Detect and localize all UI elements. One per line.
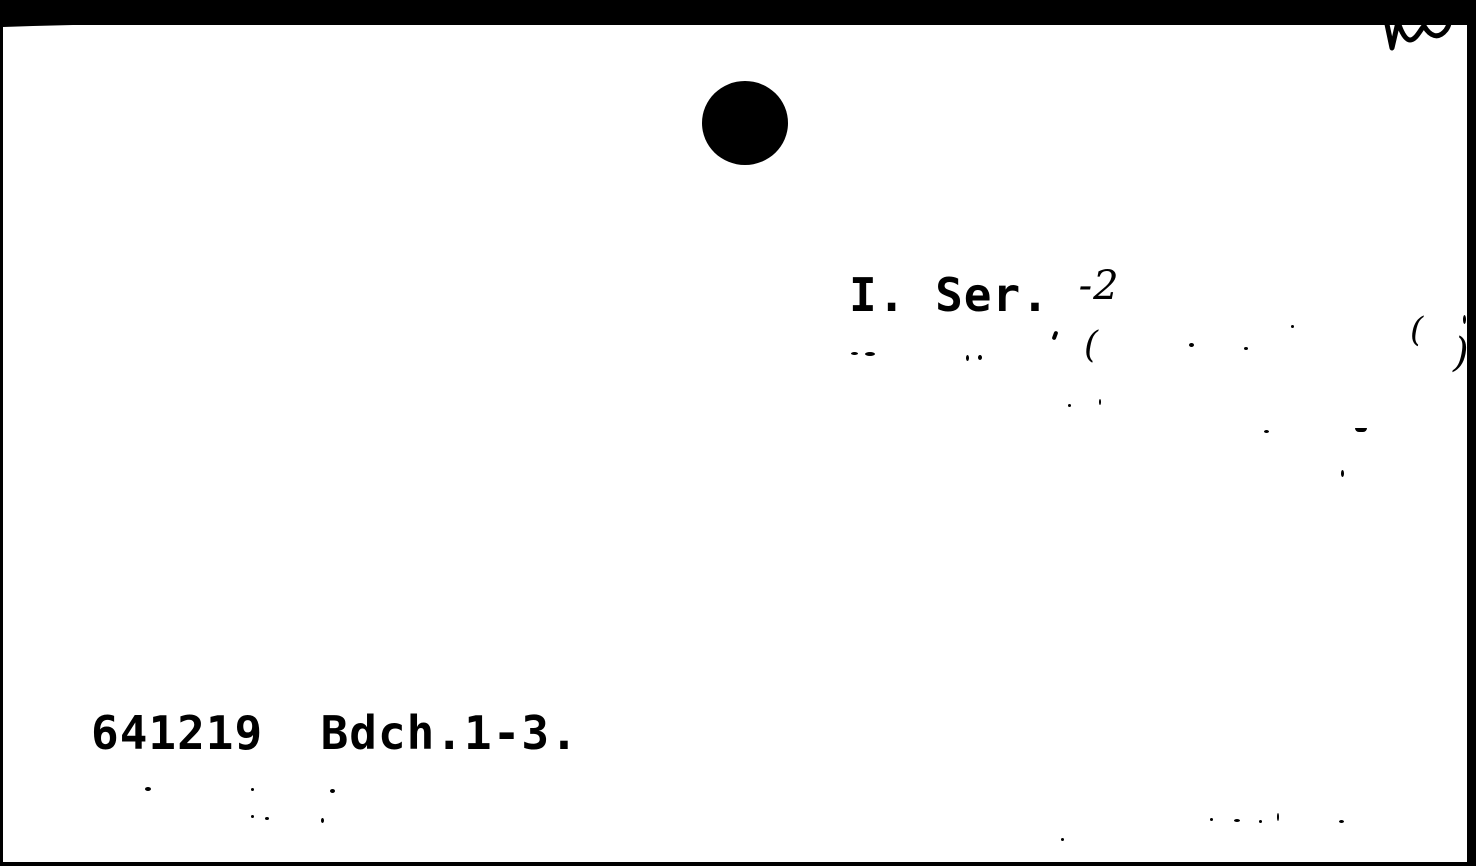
speck <box>1189 343 1194 347</box>
speck <box>330 789 335 793</box>
series-handwritten-number: -2 <box>1079 263 1120 309</box>
speck <box>851 352 858 355</box>
speck <box>978 355 982 360</box>
speck <box>251 788 254 791</box>
volume-range: Bdch.1-3. <box>321 706 579 760</box>
speck <box>1052 331 1059 341</box>
speck <box>1099 399 1101 405</box>
handwritten-corner-mark <box>1376 0 1456 60</box>
speck <box>1355 428 1367 432</box>
speck <box>865 352 875 356</box>
speck <box>1264 430 1269 433</box>
speck <box>1277 813 1279 821</box>
speck <box>1291 325 1294 328</box>
speck <box>966 355 969 361</box>
handwritten-paren-mark: ( <box>1410 310 1423 350</box>
call-number-line: 641219 Bdch.1-3. <box>91 708 579 758</box>
call-number: 641219 <box>91 706 263 760</box>
speck <box>1259 820 1262 823</box>
speck <box>251 815 254 818</box>
speck <box>1244 347 1248 350</box>
speck <box>1463 315 1466 324</box>
speck <box>265 817 269 820</box>
punch-hole <box>702 81 788 165</box>
series-text: I. Ser. <box>849 268 1079 322</box>
speck <box>1061 838 1064 841</box>
handwritten-paren-mark: ) <box>1453 330 1469 376</box>
catalog-card: I. Ser. -2 641219 Bdch.1-3. ( ( ) <box>3 25 1467 862</box>
speck <box>1234 819 1240 822</box>
speck <box>1341 470 1344 477</box>
handwritten-paren-mark: ( <box>1084 325 1098 366</box>
speck <box>145 787 151 791</box>
speck <box>1210 818 1213 821</box>
series-line: I. Ser. -2 <box>849 270 1120 323</box>
speck <box>1339 820 1344 823</box>
speck <box>321 818 324 823</box>
speck <box>1068 404 1071 407</box>
